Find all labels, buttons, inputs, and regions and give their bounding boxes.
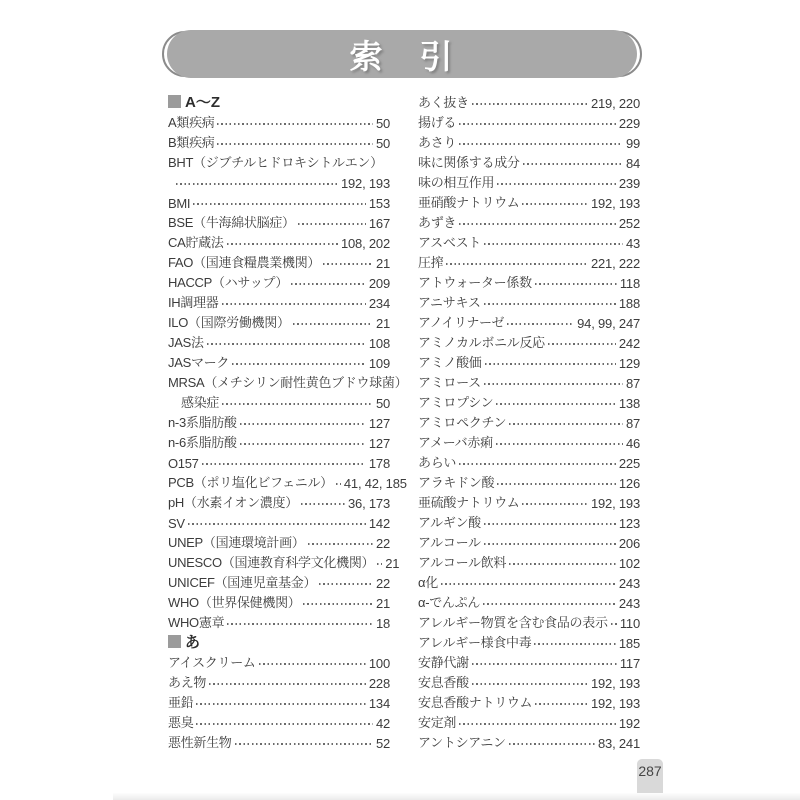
dot-leader bbox=[484, 543, 616, 545]
index-entry: O157178 bbox=[168, 451, 390, 471]
dot-leader bbox=[209, 683, 366, 685]
entry-pages: 142 bbox=[369, 516, 390, 531]
dot-leader bbox=[484, 383, 623, 385]
index-entry: FAO（国連食糧農業機関）21 bbox=[168, 251, 390, 271]
entry-pages: 243 bbox=[619, 596, 640, 611]
entry-term: HACCP（ハサップ） bbox=[168, 272, 288, 291]
index-entry: UNICEF（国連児童基金）22 bbox=[168, 571, 390, 591]
entry-term: 安息香酸 bbox=[418, 672, 469, 691]
index-entry: アミロペクチン87 bbox=[418, 411, 640, 431]
index-entry: CA貯蔵法108, 202 bbox=[168, 231, 390, 251]
index-entry: アレルギー様食中毒185 bbox=[418, 631, 640, 651]
entry-pages: 192, 193 bbox=[591, 496, 640, 511]
index-entry: アミノ酸価129 bbox=[418, 351, 640, 371]
entry-pages: 178 bbox=[369, 456, 390, 471]
index-entry: 悪臭42 bbox=[168, 711, 390, 731]
entry-pages: 239 bbox=[619, 176, 640, 191]
entry-term: JAS法 bbox=[168, 332, 204, 351]
index-entry: WHO（世界保健機関）21 bbox=[168, 591, 390, 611]
index-section-header: A〜Z bbox=[168, 91, 390, 111]
entry-pages: 153 bbox=[369, 196, 390, 211]
entry-pages: 100 bbox=[369, 656, 390, 671]
index-entry: UNEP（国連環境計画）22 bbox=[168, 531, 390, 551]
entry-pages: 243 bbox=[619, 576, 640, 591]
index-entry: UNESCO（国連教育科学文化機関）21 bbox=[168, 551, 390, 571]
entry-pages: 22 bbox=[376, 576, 390, 591]
entry-term: アミノ酸価 bbox=[418, 352, 482, 371]
dot-leader bbox=[232, 363, 366, 365]
entry-pages: 109 bbox=[369, 356, 390, 371]
index-entry: BHT（ジブチルヒドロキシトルエン） bbox=[168, 151, 390, 171]
dot-leader bbox=[227, 243, 338, 245]
entry-pages: 99 bbox=[626, 136, 640, 151]
dot-leader bbox=[484, 243, 623, 245]
entry-term: pH（水素イオン濃度） bbox=[168, 492, 298, 511]
index-entry: アミノカルボニル反応242 bbox=[418, 331, 640, 351]
index-entry: IH調理器234 bbox=[168, 291, 390, 311]
index-entry: α-でんぷん243 bbox=[418, 591, 640, 611]
dot-leader bbox=[485, 363, 616, 365]
dot-leader bbox=[291, 283, 366, 285]
dot-leader bbox=[319, 583, 373, 585]
entry-term: 味の相互作用 bbox=[418, 172, 494, 191]
index-entry: アイスクリーム100 bbox=[168, 651, 390, 671]
entry-pages: 188 bbox=[619, 296, 640, 311]
dot-leader bbox=[611, 623, 617, 625]
entry-pages: 50 bbox=[376, 136, 390, 151]
entry-term: アントシアニン bbox=[418, 732, 506, 751]
index-entry: α化243 bbox=[418, 571, 640, 591]
dot-leader bbox=[472, 103, 588, 105]
dot-leader bbox=[196, 703, 366, 705]
dot-leader bbox=[308, 543, 373, 545]
index-entry: アレルギー物質を含む食品の表示110 bbox=[418, 611, 640, 631]
dot-leader bbox=[472, 663, 617, 665]
entry-term: アミロペクチン bbox=[418, 412, 506, 431]
entry-term: アレルギー物質を含む食品の表示 bbox=[418, 612, 608, 631]
entry-term: アルコール bbox=[418, 532, 481, 551]
dot-leader bbox=[446, 263, 588, 265]
index-entry: アトウォーター係数118 bbox=[418, 271, 640, 291]
index-entry: 亜硝酸ナトリウム192, 193 bbox=[418, 191, 640, 211]
index-entry: 味の相互作用239 bbox=[418, 171, 640, 191]
index-entry: WHO憲章18 bbox=[168, 611, 390, 631]
entry-term: アルギン酸 bbox=[418, 512, 481, 531]
dot-leader bbox=[222, 403, 373, 405]
index-entry: MRSA（メチシリン耐性黄色ブドウ球菌） bbox=[168, 371, 390, 391]
entry-pages: 21 bbox=[376, 316, 390, 331]
entry-pages: 228 bbox=[369, 676, 390, 691]
index-entry: あえ物228 bbox=[168, 671, 390, 691]
dot-leader bbox=[497, 183, 616, 185]
index-entry: あさり99 bbox=[418, 131, 640, 151]
dot-leader bbox=[441, 583, 616, 585]
dot-leader bbox=[336, 483, 341, 485]
index-entry: アミロプシン138 bbox=[418, 391, 640, 411]
dot-leader bbox=[240, 423, 366, 425]
entry-pages: 123 bbox=[619, 516, 640, 531]
entry-term: 安静代謝 bbox=[418, 652, 469, 671]
index-entry: あずき252 bbox=[418, 211, 640, 231]
dot-leader bbox=[535, 283, 617, 285]
entry-pages: 252 bbox=[619, 216, 640, 231]
dot-leader bbox=[522, 503, 588, 505]
entry-term: n-3系脂肪酸 bbox=[168, 412, 237, 431]
entry-pages: 94, 99, 247 bbox=[577, 316, 640, 331]
dot-leader bbox=[523, 163, 623, 165]
entry-pages: 221, 222 bbox=[591, 256, 640, 271]
entry-term: B類疾病 bbox=[168, 132, 214, 151]
entry-pages: 129 bbox=[619, 356, 640, 371]
index-entry: n-3系脂肪酸127 bbox=[168, 411, 390, 431]
entry-term: 亜硫酸ナトリウム bbox=[418, 492, 519, 511]
entry-term: BHT（ジブチルヒドロキシトルエン） bbox=[168, 152, 383, 171]
index-columns: A〜ZA類疾病50B類疾病50BHT（ジブチルヒドロキシトルエン）192, 19… bbox=[168, 91, 640, 751]
entry-pages: 192, 193 bbox=[591, 196, 640, 211]
entry-term: JASマーク bbox=[168, 352, 229, 371]
entry-term: CA貯蔵法 bbox=[168, 232, 224, 251]
entry-term: あえ物 bbox=[168, 672, 206, 691]
entry-term: MRSA（メチシリン耐性黄色ブドウ球菌） bbox=[168, 372, 407, 391]
entry-term: 亜硝酸ナトリウム bbox=[418, 192, 519, 211]
entry-pages: 206 bbox=[619, 536, 640, 551]
dot-leader bbox=[235, 743, 373, 745]
entry-term: アミノカルボニル反応 bbox=[418, 332, 545, 351]
dot-leader bbox=[484, 523, 616, 525]
entry-term: 悪性新生物 bbox=[168, 732, 232, 751]
index-entry: B類疾病50 bbox=[168, 131, 390, 151]
index-entry: 揚げる229 bbox=[418, 111, 640, 131]
index-section-header: あ bbox=[168, 631, 390, 651]
entry-pages: 52 bbox=[376, 736, 390, 751]
index-entry: A類疾病50 bbox=[168, 111, 390, 131]
index-entry-continuation: 192, 193 bbox=[168, 171, 390, 191]
entry-term: SV bbox=[168, 516, 185, 531]
entry-pages: 18 bbox=[376, 616, 390, 631]
entry-term: アトウォーター係数 bbox=[418, 272, 532, 291]
entry-pages: 84 bbox=[626, 156, 640, 171]
index-column-left: A〜ZA類疾病50B類疾病50BHT（ジブチルヒドロキシトルエン）192, 19… bbox=[168, 91, 390, 751]
entry-pages: 22 bbox=[376, 536, 390, 551]
dot-leader bbox=[459, 463, 616, 465]
entry-term: アミロース bbox=[418, 372, 481, 391]
entry-pages: 242 bbox=[619, 336, 640, 351]
index-entry: 亜硫酸ナトリウム192, 193 bbox=[418, 491, 640, 511]
book-page: 索 引 A〜ZA類疾病50B類疾病50BHT（ジブチルヒドロキシトルエン）192… bbox=[0, 0, 800, 800]
index-entry: アノイリナーゼ94, 99, 247 bbox=[418, 311, 640, 331]
entry-pages: 192, 193 bbox=[591, 696, 640, 711]
index-entry: アニサキス188 bbox=[418, 291, 640, 311]
dot-leader bbox=[222, 303, 366, 305]
index-entry: JASマーク109 bbox=[168, 351, 390, 371]
entry-term: 揚げる bbox=[418, 112, 456, 131]
entry-pages: 192, 193 bbox=[341, 176, 390, 191]
dot-leader bbox=[484, 303, 616, 305]
entry-term: アニサキス bbox=[418, 292, 481, 311]
section-square-icon bbox=[168, 635, 181, 648]
entry-pages: 36, 173 bbox=[348, 496, 390, 511]
index-entry: HACCP（ハサップ）209 bbox=[168, 271, 390, 291]
index-entry: 安静代謝117 bbox=[418, 651, 640, 671]
entry-term: あずき bbox=[418, 212, 456, 231]
index-entry: 安息香酸ナトリウム192, 193 bbox=[418, 691, 640, 711]
index-entry: 安定剤192 bbox=[418, 711, 640, 731]
index-title-banner: 索 引 bbox=[162, 31, 642, 77]
dot-leader bbox=[509, 563, 616, 565]
dot-leader bbox=[259, 663, 366, 665]
index-entry: アメーバ赤痢46 bbox=[418, 431, 640, 451]
entry-pages: 50 bbox=[376, 396, 390, 411]
dot-leader bbox=[459, 223, 616, 225]
index-entry: 亜鉛134 bbox=[168, 691, 390, 711]
dot-leader bbox=[303, 603, 372, 605]
entry-pages: 138 bbox=[619, 396, 640, 411]
entry-term: PCB（ポリ塩化ビフェニル） bbox=[168, 472, 333, 491]
dot-leader bbox=[509, 423, 623, 425]
entry-pages: 102 bbox=[619, 556, 640, 571]
page-title: 索 引 bbox=[162, 31, 642, 77]
entry-pages: 46 bbox=[626, 436, 640, 451]
dot-leader bbox=[534, 643, 615, 645]
entry-pages: 43 bbox=[626, 236, 640, 251]
index-entry: SV142 bbox=[168, 511, 390, 531]
dot-leader bbox=[483, 603, 616, 605]
dot-leader bbox=[202, 463, 366, 465]
entry-pages: 87 bbox=[626, 416, 640, 431]
index-entry: あく抜き219, 220 bbox=[418, 91, 640, 111]
index-entry: アルコール飲料102 bbox=[418, 551, 640, 571]
dot-leader bbox=[509, 743, 595, 745]
entry-term: n-6系脂肪酸 bbox=[168, 432, 237, 451]
entry-term: アスベスト bbox=[418, 232, 481, 251]
page-bottom-edge bbox=[113, 793, 800, 800]
entry-pages: 118 bbox=[620, 276, 640, 291]
entry-term: アルコール飲料 bbox=[418, 552, 506, 571]
dot-leader bbox=[459, 123, 616, 125]
entry-term: 感染症 bbox=[181, 392, 219, 411]
section-label: あ bbox=[185, 631, 200, 652]
index-entry: アルコール206 bbox=[418, 531, 640, 551]
entry-term: α-でんぷん bbox=[418, 592, 480, 611]
index-entry: ILO（国際労働機関）21 bbox=[168, 311, 390, 331]
entry-term: あく抜き bbox=[418, 92, 469, 111]
entry-pages: 167 bbox=[369, 216, 390, 231]
dot-leader bbox=[522, 203, 588, 205]
dot-leader bbox=[293, 323, 373, 325]
entry-term: 圧搾 bbox=[418, 252, 443, 271]
entry-term: IH調理器 bbox=[168, 292, 219, 311]
index-entry: JAS法108 bbox=[168, 331, 390, 351]
entry-term: WHO（世界保健機関） bbox=[168, 592, 300, 611]
dot-leader bbox=[227, 623, 373, 625]
dot-leader bbox=[459, 723, 616, 725]
entry-term: ILO（国際労働機関） bbox=[168, 312, 290, 331]
entry-term: あらい bbox=[418, 452, 456, 471]
dot-leader bbox=[497, 483, 616, 485]
entry-term: UNESCO（国連教育科学文化機関） bbox=[168, 552, 374, 571]
index-entry: 圧搾221, 222 bbox=[418, 251, 640, 271]
index-entry: アントシアニン83, 241 bbox=[418, 731, 640, 751]
entry-pages: 50 bbox=[376, 116, 390, 131]
dot-leader bbox=[193, 203, 366, 205]
entry-term: BSE（牛海綿状脳症） bbox=[168, 212, 295, 231]
entry-term: 悪臭 bbox=[168, 712, 193, 731]
entry-pages: 209 bbox=[369, 276, 390, 291]
entry-term: アラキドン酸 bbox=[418, 472, 494, 491]
entry-term: α化 bbox=[418, 572, 438, 591]
entry-term: アメーバ赤痢 bbox=[418, 432, 493, 451]
entry-pages: 117 bbox=[620, 656, 640, 671]
entry-term: アノイリナーゼ bbox=[418, 312, 504, 331]
entry-term: BMI bbox=[168, 196, 190, 211]
entry-term: あさり bbox=[418, 132, 456, 151]
section-square-icon bbox=[168, 95, 181, 108]
dot-leader bbox=[188, 523, 366, 525]
index-entry: アラキドン酸126 bbox=[418, 471, 640, 491]
entry-term: 亜鉛 bbox=[168, 692, 193, 711]
entry-pages: 185 bbox=[619, 636, 640, 651]
dot-leader bbox=[301, 503, 345, 505]
dot-leader bbox=[207, 343, 366, 345]
entry-pages: 192 bbox=[619, 716, 640, 731]
dot-leader bbox=[496, 443, 623, 445]
entry-term: WHO憲章 bbox=[168, 612, 224, 631]
entry-pages: 21 bbox=[376, 256, 390, 271]
dot-leader bbox=[196, 723, 373, 725]
dot-leader bbox=[217, 123, 372, 125]
entry-pages: 108, 202 bbox=[341, 236, 390, 251]
index-entry: アスベスト43 bbox=[418, 231, 640, 251]
section-label: A〜Z bbox=[185, 91, 220, 112]
index-column-right: あく抜き219, 220揚げる229あさり99味に関係する成分84味の相互作用2… bbox=[418, 91, 640, 751]
dot-leader bbox=[459, 143, 623, 145]
entry-pages: 134 bbox=[369, 696, 390, 711]
dot-leader bbox=[176, 183, 338, 185]
entry-pages: 83, 241 bbox=[598, 736, 640, 751]
dot-leader bbox=[240, 443, 366, 445]
entry-term: O157 bbox=[168, 456, 199, 471]
index-entry: pH（水素イオン濃度）36, 173 bbox=[168, 491, 390, 511]
index-entry: アルギン酸123 bbox=[418, 511, 640, 531]
entry-pages: 110 bbox=[620, 616, 640, 631]
index-entry: 悪性新生物52 bbox=[168, 731, 390, 751]
entry-pages: 21 bbox=[376, 596, 390, 611]
dot-leader bbox=[496, 403, 616, 405]
index-entry: BSE（牛海綿状脳症）167 bbox=[168, 211, 390, 231]
dot-leader bbox=[298, 223, 366, 225]
dot-leader bbox=[507, 323, 574, 325]
entry-term: 安息香酸ナトリウム bbox=[418, 692, 532, 711]
entry-term: アミロプシン bbox=[418, 392, 493, 411]
entry-pages: 41, 42, 185 bbox=[344, 476, 407, 491]
index-entry: 味に関係する成分84 bbox=[418, 151, 640, 171]
entry-pages: 127 bbox=[369, 416, 390, 431]
entry-term: 味に関係する成分 bbox=[418, 152, 520, 171]
dot-leader bbox=[472, 683, 588, 685]
entry-pages: 21 bbox=[385, 556, 399, 571]
index-entry: n-6系脂肪酸127 bbox=[168, 431, 390, 451]
index-entry: あらい225 bbox=[418, 451, 640, 471]
entry-pages: 127 bbox=[369, 436, 390, 451]
entry-term: UNICEF（国連児童基金） bbox=[168, 572, 316, 591]
entry-pages: 108 bbox=[369, 336, 390, 351]
entry-pages: 192, 193 bbox=[591, 676, 640, 691]
entry-term: アイスクリーム bbox=[168, 652, 256, 671]
entry-pages: 219, 220 bbox=[591, 96, 640, 111]
entry-pages: 87 bbox=[626, 376, 640, 391]
dot-leader bbox=[323, 263, 373, 265]
index-entry: PCB（ポリ塩化ビフェニル）41, 42, 185 bbox=[168, 471, 390, 491]
dot-leader bbox=[217, 143, 372, 145]
dot-leader bbox=[535, 703, 588, 705]
index-entry: BMI153 bbox=[168, 191, 390, 211]
dot-leader bbox=[377, 563, 382, 565]
entry-pages: 42 bbox=[376, 716, 390, 731]
entry-pages: 234 bbox=[369, 296, 390, 311]
index-entry: 感染症50 bbox=[168, 391, 390, 411]
entry-term: A類疾病 bbox=[168, 112, 214, 131]
entry-term: 安定剤 bbox=[418, 712, 456, 731]
entry-term: UNEP（国連環境計画） bbox=[168, 532, 305, 551]
entry-term: FAO（国連食糧農業機関） bbox=[168, 252, 320, 271]
dot-leader bbox=[548, 343, 616, 345]
entry-term: アレルギー様食中毒 bbox=[418, 632, 531, 651]
index-entry: アミロース87 bbox=[418, 371, 640, 391]
entry-pages: 229 bbox=[619, 116, 640, 131]
index-entry: 安息香酸192, 193 bbox=[418, 671, 640, 691]
entry-pages: 126 bbox=[619, 476, 640, 491]
entry-pages: 225 bbox=[619, 456, 640, 471]
